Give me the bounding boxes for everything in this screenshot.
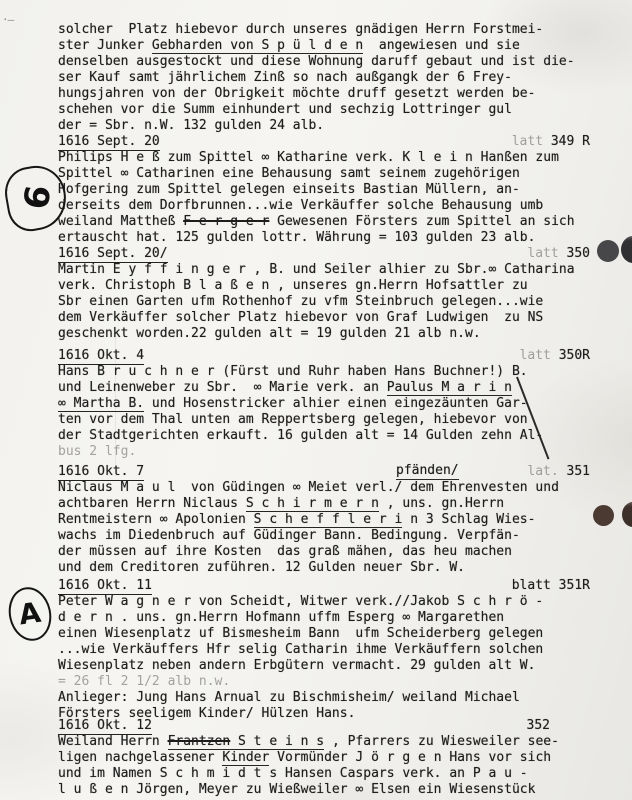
text-segment: latt [527,246,566,261]
text-line: der = Sbr. n.W. 132 gulden 24 alb. [58,118,614,134]
punch-hole-mark [597,240,619,262]
text-line: und im Namen S c h m i d t s Hansen Casp… [58,766,614,782]
text-segment: wachs im Diedenbruch auf Güdinger Bann. … [58,528,520,543]
text-line: ligen nachgelassener Kinder Vormünder J … [58,750,614,766]
register-entry: 1616 Okt. 7pfänden/lat. 351Niclaus M a u… [58,464,614,576]
text-line: Weiland Herrn Frantzen S t e i n s , Pfa… [58,734,614,750]
text-line: der müssen auf ihre Kosten das graß mähe… [58,544,614,560]
text-segment: S t e i n s [230,734,324,750]
text-segment: n 3 Schlag Wies- [402,512,535,527]
text-segment: geschenkt worden.22 gulden alt = 19 guld… [58,326,481,341]
circled-letter-glyph: A [18,605,42,624]
text-line: Wiesenplatz neben andern Erbgütern verma… [58,658,614,674]
text-line: Peter W a g n e r von Scheidt, Witwer ve… [58,594,614,610]
text-segment: Wiesenplatz neben andern Erbgütern verma… [58,658,535,673]
register-entry: 1616 Sept. 20latt 349 RPhilips H e ß zum… [58,134,614,246]
text-line: achtbaren Herrn Niclaus S c h i r m e r … [58,496,614,512]
text-line: einen Wiesenplatz uf Bismesheim Bann ufm… [58,626,614,642]
text-segment: Spittel ∞ Catharinen eine Behausung samt… [58,166,520,181]
text-segment: Hans B r u c h n e r (Fürst und Ruhr hab… [58,364,528,379]
entry-header: 1616 Sept. 20/latt 350 [58,246,614,262]
text-segment: latt [520,348,559,363]
text-segment: Anlieger: Jung Hans Arnual zu Bischmishe… [58,690,520,705]
text-segment: einen Wiesenplatz uf Bismesheim Bann ufm… [58,626,543,641]
text-segment: schehen vor die Summ einhundert und sech… [58,102,512,117]
text-line: Philips H e ß zum Spittel ∞ Katharine ve… [58,150,614,166]
scanned-document-page: ·— solcher Platz hiebevor durch unseres … [0,0,632,800]
entry-header: 1616 Okt. 12352 [58,718,614,734]
text-segment: Martin E y f f i n g e r , B. und Seiler… [58,262,575,277]
text-line: schehen vor die Summ einhundert und sech… [58,102,614,118]
text-segment: und Leinenweber zu Sbr. ∞ Marie verk. an [58,380,387,395]
text-segment: lat. [527,464,566,479]
text-segment: Sbr einen Garten ufm Rothenhof zu vfm St… [58,294,543,309]
text-segment: ∞ Martha B. [58,396,144,412]
entry-header: 1616 Okt. 7pfänden/lat. 351 [58,464,614,480]
entry-note: pfänden/ [396,463,459,480]
register-entry: 1616 Okt. 11blatt 351RPeter W a g n e r … [58,578,614,722]
register-entry: 1616 Sept. 20/latt 350Martin E y f f i n… [58,246,614,342]
handwritten-circled-letter: A [4,583,56,645]
entry-header: 1616 Okt. 11blatt 351R [58,578,614,594]
register-entries: 1616 Sept. 20latt 349 RPhilips H e ß zum… [58,134,614,798]
text-line: verk. Christoph B l a ß e n , unseres gn… [58,278,614,294]
text-segment: l u ß e n Jörgen, Meyer zu Wießweiler ∞ … [58,782,535,797]
text-segment: denselben ausgestockt und diese Wohnung … [58,54,575,69]
text-segment: hungsjahren von der Obrigkeit möchte dru… [58,86,535,101]
text-segment: Paulus M a r i n [387,380,512,396]
folio-reference: 352 [527,718,550,734]
text-line: derseits dem Dorfbrunnen...wie Verkäuffe… [58,198,614,214]
entry-date: 1616 Okt. 7 [58,464,144,481]
text-segment: der = Sbr. n.W. 132 gulden 24 alb. [58,118,324,133]
punch-hole-mark [621,236,632,263]
text-line: hungsjahren von der Obrigkeit möchte dru… [58,86,614,102]
text-segment: 351 [567,464,590,479]
text-segment: Gebharden von S p ü l d e n [152,38,363,54]
text-segment: angewiesen und sie [363,38,520,53]
entry-date: 1616 Sept. 20/ [58,246,168,263]
text-segment: S c h e f f l e r i [254,512,403,528]
register-entry: 1616 Okt. 12352Weiland Herrn Frantzen S … [58,718,614,798]
folio-reference: blatt 351R [512,578,590,594]
text-segment: 350R [559,348,590,363]
text-segment: Gewesenen Försters zum Spittel an sich [269,214,574,229]
text-line: = 26 fl 2 1/2 alb n.w. [58,674,614,690]
folio-reference: lat. 351 [527,464,590,480]
text-segment: und Hosenstricker alhier einen eingezäun… [144,396,528,411]
folio-reference: latt 350R [520,348,590,364]
text-line: ...wie Verkäuffers Hfr selig Catharin ih… [58,642,614,658]
text-segment: 349 R [551,134,590,149]
text-segment: derseits dem Dorfbrunnen...wie Verkäuffe… [58,198,543,213]
text-line: l u ß e n Jörgen, Meyer zu Wießweiler ∞ … [58,782,614,798]
text-line: und Leinenweber zu Sbr. ∞ Marie verk. an… [58,380,614,396]
text-segment: 352 [527,718,550,733]
text-segment: der Stadtgerichten erkauft. 16 gulden al… [58,428,543,443]
text-line: dem Verkäuffer solcher Platz hiebevor vo… [58,310,614,326]
text-line: der Stadtgerichten erkauft. 16 gulden al… [58,428,614,444]
text-segment: d e r n . uns. gn.Herrn Hofmann uffm Esp… [58,610,504,625]
text-segment: ster Junker [58,38,152,53]
folio-reference: latt 350 [527,246,590,262]
text-segment: dem Verkäuffer solcher Platz hiebevor vo… [58,310,543,325]
text-line: Hans B r u c h n e r (Fürst und Ruhr hab… [58,364,614,380]
text-segment: Vormünder J ö r g e n Hans vor sich [269,750,551,765]
text-line: ser Kauf samt jährlichem Zinß so nach au… [58,70,614,86]
text-segment: = 26 fl 2 1/2 alb n.w. [58,674,230,689]
text-segment: Weiland Herrn [58,734,168,749]
text-segment: , Pfarrers zu Wiesweiler see- [324,734,559,749]
text-segment: ten vor dem Thal unten am Reppertsberg g… [58,412,528,427]
text-line: Anlieger: Jung Hans Arnual zu Bischmishe… [58,690,614,706]
text-segment: , uns. gn.Herrn [379,496,504,511]
text-line: denselben ausgestockt und diese Wohnung … [58,54,614,70]
text-segment: ertauscht hat. 125 gulden lottr. Währung… [58,230,535,245]
text-segment: Kinder [222,750,269,766]
pencil-dash-mark: ·— [2,12,13,28]
text-segment: ligen nachgelassener [58,750,222,765]
text-segment: Philips H e ß zum Spittel ∞ Katharine ve… [58,150,559,165]
text-segment: bus 2 lfg. [58,444,136,459]
text-segment: achtbaren Herrn Niclaus [58,496,246,511]
text-segment: Rentmeistern ∞ Apolonien [58,512,254,527]
entry-date: 1616 Okt. 11 [58,578,152,595]
text-segment: Frantzen [168,734,231,750]
text-line: Hofgering zum Spittel gelegen einseits B… [58,182,614,198]
text-segment: weiland Mattheß [58,214,183,229]
text-segment: der müssen auf ihre Kosten das graß mähe… [58,544,512,559]
text-segment: und dem Creditoren zuführen. 12 Gulden n… [58,560,465,575]
text-segment: Peter W a g n e r von Scheidt, Witwer ve… [58,594,543,609]
text-line: weiland Mattheß F e r g e r Gewesenen Fö… [58,214,614,230]
text-segment: verk. Christoph B l a ß e n , unseres gn… [58,278,528,293]
entry-date: 1616 Okt. 12 [58,718,152,735]
text-line: solcher Platz hiebevor durch unseres gnä… [58,22,614,38]
text-line: ertauscht hat. 125 gulden lottr. Währung… [58,230,614,246]
text-segment: solcher Platz hiebevor durch unseres gnä… [58,22,543,37]
carried-over-paragraph: solcher Platz hiebevor durch unseres gnä… [58,22,614,134]
text-segment: Hofgering zum Spittel gelegen einseits B… [58,182,520,197]
text-line: Niclaus M a u l von Güdingen ∞ Meiet ver… [58,480,614,496]
text-line: geschenkt worden.22 gulden alt = 19 guld… [58,326,614,342]
text-segment: Niclaus M a u l von Güdingen ∞ Meiet ver… [58,480,559,495]
text-segment: und im Namen S c h m i d t s Hansen Casp… [58,766,528,781]
text-segment: ...wie Verkäuffers Hfr selig Catharin ih… [58,642,543,657]
punch-hole-mark [593,505,614,526]
text-line: wachs im Diedenbruch auf Güdinger Bann. … [58,528,614,544]
entry-header: 1616 Okt. 4latt 350R [58,348,614,364]
register-entry: 1616 Okt. 4latt 350RHans B r u c h n e r… [58,348,614,460]
text-line: Rentmeistern ∞ Apolonien S c h e f f l e… [58,512,614,528]
circled-squiggle-glyph: 6 [29,184,48,210]
folio-reference: latt 349 R [512,134,590,150]
text-line: bus 2 lfg. [58,444,614,460]
text-line: ster Junker Gebharden von S p ü l d e n … [58,38,614,54]
text-line: Martin E y f f i n g e r , B. und Seiler… [58,262,614,278]
punch-hole-mark [622,502,632,527]
text-segment: 350 [567,246,590,261]
text-line: d e r n . uns. gn.Herrn Hofmann uffm Esp… [58,610,614,626]
text-segment: ser Kauf samt jährlichem Zinß so nach au… [58,70,512,85]
text-segment: F e r g e r [183,214,269,229]
entry-date: 1616 Okt. 4 [58,348,144,365]
text-segment: latt [512,134,551,149]
entry-date: 1616 Sept. 20 [58,134,160,151]
text-line: Spittel ∞ Catharinen eine Behausung samt… [58,166,614,182]
text-segment: S c h i r m e r n [246,496,379,512]
text-line: Sbr einen Garten ufm Rothenhof zu vfm St… [58,294,614,310]
text-line: und dem Creditoren zuführen. 12 Gulden n… [58,560,614,576]
text-segment: blatt 351R [512,578,590,593]
entry-header: 1616 Sept. 20latt 349 R [58,134,614,150]
